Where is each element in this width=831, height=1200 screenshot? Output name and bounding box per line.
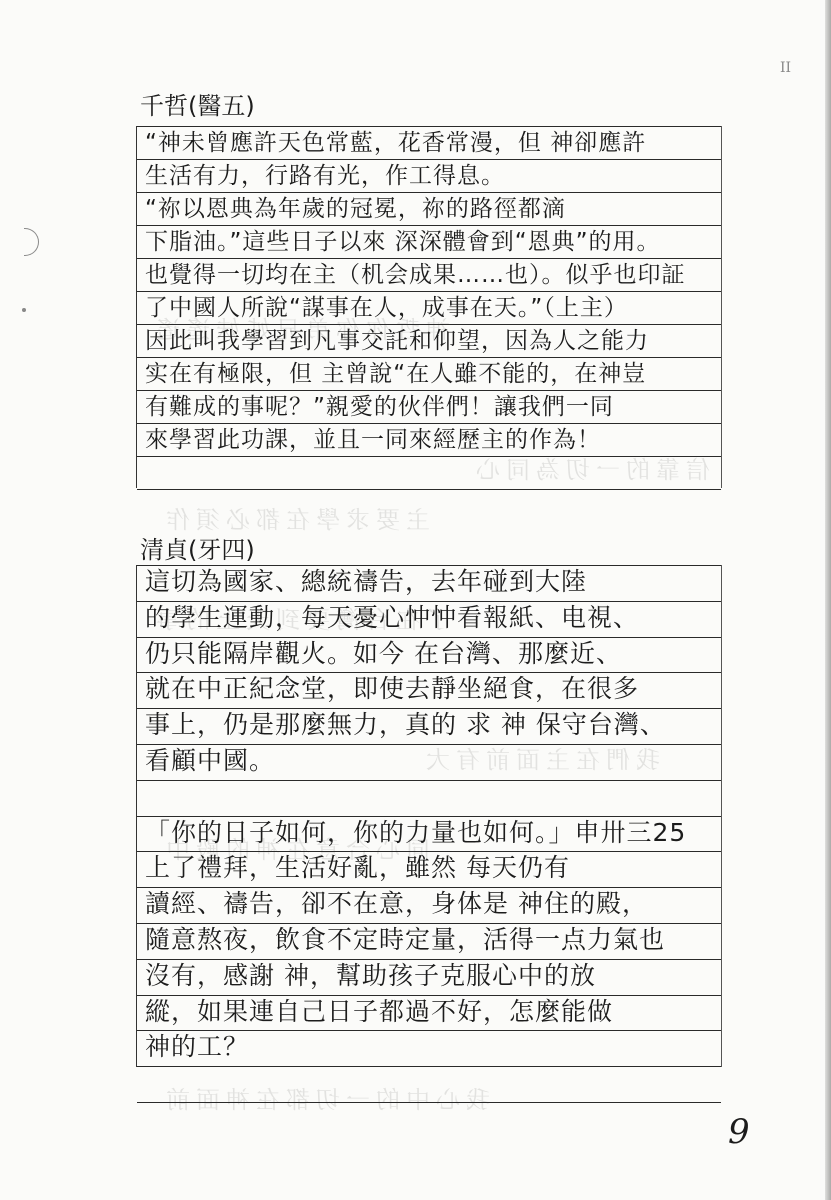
entry-box-1: “神未曾應許天色常藍，花香常漫，但 神卻應許 生活有力，行路有光，作工得息。“祢…	[136, 126, 722, 488]
handwritten-line: 下脂油。”這些日子以來 深深體會到“恩典”的用。	[145, 226, 713, 262]
handwritten-line: “祢以恩典為年歲的冠冕，祢的路徑都滴	[145, 193, 713, 229]
handwritten-line: 「你的日子如何，你的力量也如何。」申卅三25	[145, 817, 713, 853]
page-edge-shadow	[825, 0, 831, 1200]
handwritten-line: 看顧中國。	[145, 745, 713, 781]
handwritten-line: 神的工？	[145, 1031, 713, 1067]
entry-box-2: 這切為國家、總統禱告，去年碰到大陸的學生運動，每天憂心忡忡看報紙、电視、仍只能隔…	[136, 565, 722, 1067]
bleed-through-text: 主要求學在都必須作	[160, 500, 430, 535]
handwritten-line: 來學習此功課，並且一同來經歷主的作為！	[145, 424, 713, 460]
handwritten-line: 沒有，感謝 神，幫助孩子克服心中的放	[145, 960, 713, 996]
handwritten-line: 生活有力，行路有光，作工得息。	[145, 160, 713, 196]
handwritten-line: 因此叫我學習到凡事交託和仰望，因為人之能力	[145, 325, 713, 361]
handwritten-line: 就在中正紀念堂，即使去靜坐絕食，在很多	[145, 673, 713, 709]
handwritten-line: 這切為國家、總統禱告，去年碰到大陸	[145, 566, 713, 602]
handwritten-line: 讀經、禱告，卻不在意，身体是 神住的殿，	[145, 888, 713, 924]
handwritten-line: 的學生運動，每天憂心忡忡看報紙、电視、	[145, 602, 713, 638]
paper-speck	[22, 308, 26, 312]
corner-mark: II	[780, 60, 791, 76]
handwritten-line: “神未曾應許天色常藍，花香常漫，但 神卻應許	[145, 127, 713, 163]
binding-hole-mark	[24, 228, 39, 256]
handwritten-line: 縱，如果連自己日子都過不好，怎麼能做	[145, 996, 713, 1032]
handwritten-line	[145, 781, 713, 817]
handwritten-line: 事上，仍是那麼無力，真的 求 神 保守台灣、	[145, 709, 713, 745]
handwritten-line: 隨意熬夜，飲食不定時定量，活得一点力氣也	[145, 924, 713, 960]
handwritten-line: 实在有極限，但 主曾說“在人雖不能的，在神豈	[145, 358, 713, 394]
handwritten-line: 也覺得一切均在主（机会成果……也）。似乎也印証	[145, 259, 713, 295]
handwritten-line: 了中國人所說“謀事在人，成事在天。”（上主）	[145, 292, 713, 328]
handwritten-line	[145, 1067, 713, 1103]
page-number: 9	[728, 1112, 750, 1152]
handwritten-line: 有難成的事呢？”親愛的伙伴們！讓我們一同	[145, 391, 713, 427]
handwritten-line	[145, 457, 713, 493]
section-title-2: 清貞(牙四)	[140, 538, 255, 562]
handwritten-line: 上了禮拜，生活好亂，雖然 每天仍有	[145, 852, 713, 888]
handwritten-line: 仍只能隔岸觀火。如今 在台灣、那麼近、	[145, 638, 713, 674]
section-title-1: 千哲(醫五)	[140, 94, 255, 118]
